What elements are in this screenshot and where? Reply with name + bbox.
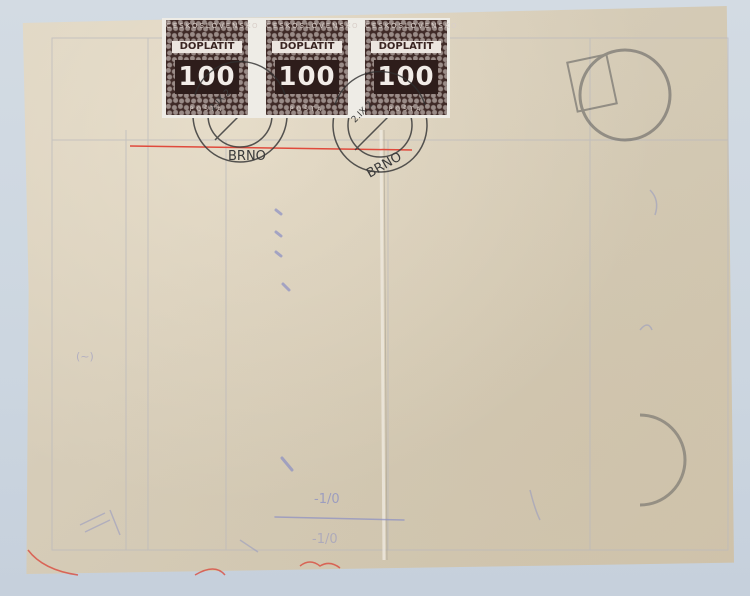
stamp-country: ČESKOSLOVENSKO bbox=[266, 22, 348, 30]
pencil-total-2: -1/0 bbox=[312, 532, 338, 547]
stamp-value: 100 bbox=[374, 60, 438, 94]
faint-postmark-top-right bbox=[567, 50, 670, 140]
postage-due-stamp: ČESKOSLOVENSKO DOPLATIT 100 POŠTA bbox=[166, 20, 248, 115]
stamp-label: DOPLATIT bbox=[172, 41, 242, 53]
stamp-country: ČESKOSLOVENSKO bbox=[365, 22, 447, 30]
stamp-bottom-text: POŠTA bbox=[266, 106, 348, 113]
postage-due-stamp: ČESKOSLOVENSKO DOPLATIT 100 POŠTA bbox=[266, 20, 348, 115]
faint-postmark-bottom-right bbox=[640, 415, 685, 505]
postage-due-stamp: ČESKOSLOVENSKO DOPLATIT 100 POŠTA bbox=[365, 20, 447, 115]
stamp-strip: ČESKOSLOVENSKO DOPLATIT 100 POŠTA ČESKOS… bbox=[162, 18, 450, 118]
stamp-value: 100 bbox=[175, 60, 239, 94]
pencil-total: -1/0 bbox=[314, 492, 340, 507]
stamp-value: 100 bbox=[275, 60, 339, 94]
stamp-country: ČESKOSLOVENSKO bbox=[166, 22, 248, 30]
stamp-bottom-text: POŠTA bbox=[365, 106, 447, 113]
stamp-bottom-text: POŠTA bbox=[166, 106, 248, 113]
pencil-side-mark: (~) bbox=[76, 350, 94, 363]
stamp-label: DOPLATIT bbox=[371, 41, 441, 53]
stamp-label: DOPLATIT bbox=[272, 41, 342, 53]
